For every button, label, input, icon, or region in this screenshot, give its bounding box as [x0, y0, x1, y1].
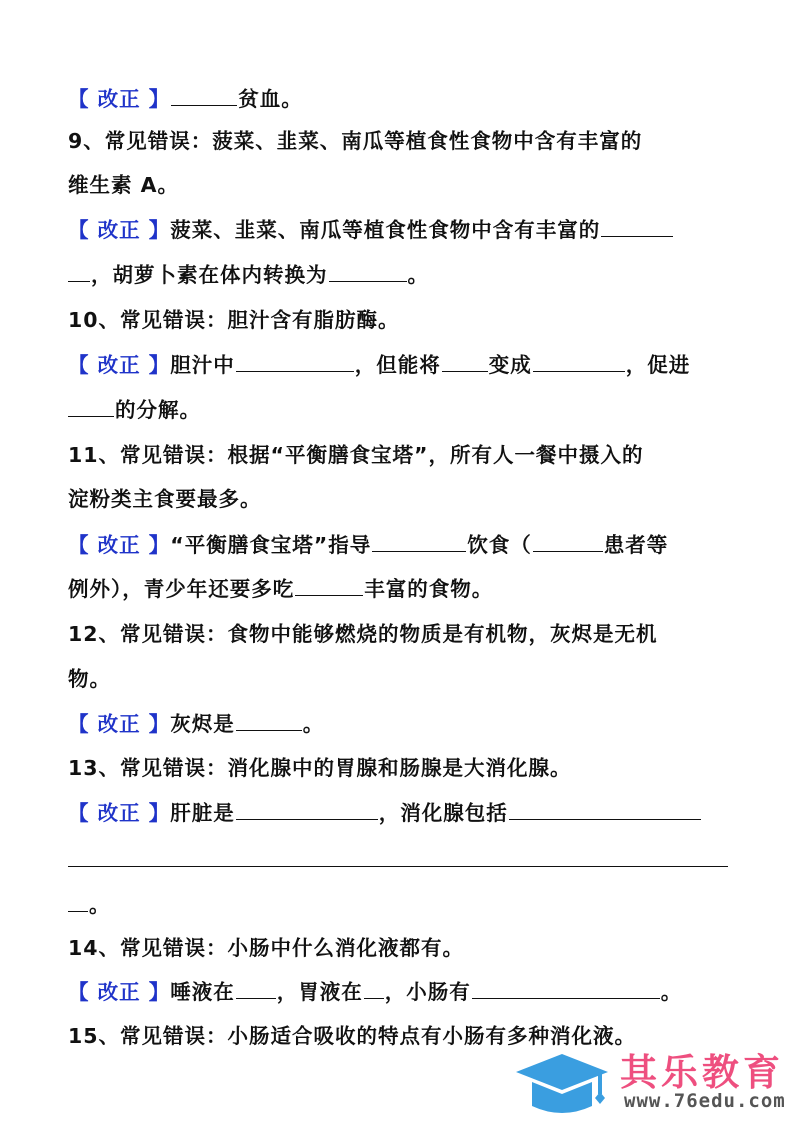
answer-blank[interactable] [68, 396, 114, 417]
answer-blank[interactable] [372, 531, 466, 552]
answer-blank[interactable] [533, 351, 625, 372]
correction-tag: 【 改正 】 [68, 218, 170, 242]
text: ，胃液在 [277, 980, 363, 1004]
watermark-logo: 其乐教育 www.76edu.com [512, 1042, 787, 1118]
correction-10-cont: 的分解。 [68, 395, 201, 425]
answer-blank[interactable] [68, 261, 90, 282]
text: 患者等 [604, 533, 669, 557]
text: ，消化腺包括 [379, 801, 508, 825]
correction-tag: 【 改正 】 [68, 980, 170, 1004]
answer-blank[interactable] [295, 575, 363, 596]
question-11: 11、常见错误：根据“平衡膳食宝塔”，所有人一餐中摄入的 [68, 440, 643, 470]
answer-blank[interactable] [236, 351, 354, 372]
answer-blank[interactable] [329, 261, 407, 282]
text: 。 [303, 712, 325, 736]
answer-blank[interactable] [236, 710, 302, 731]
correction-11: 【 改正 】“平衡膳食宝塔”指导饮食（患者等 [68, 530, 668, 560]
text: 胆汁中 [170, 353, 235, 377]
answer-blank[interactable] [68, 891, 88, 912]
correction-12: 【 改正 】灰烬是。 [68, 709, 324, 739]
answer-blank[interactable] [533, 531, 603, 552]
question-11-cont: 淀粉类主食要最多。 [68, 484, 262, 514]
question-12-cont: 物。 [68, 664, 111, 694]
text: 。 [661, 980, 683, 1004]
text: 菠菜、韭菜、南瓜等植食性食物中含有丰富的 [170, 218, 600, 242]
text: 饮食（ [467, 533, 532, 557]
question-12: 12、常见错误：食物中能够燃烧的物质是有机物，灰烬是无机 [68, 619, 658, 649]
text: 变成 [489, 353, 532, 377]
text: 贫血。 [238, 87, 303, 111]
correction-tag: 【 改正 】 [68, 712, 170, 736]
text: ，小肠有 [385, 980, 471, 1004]
text: 灰烬是 [170, 712, 235, 736]
text: “平衡膳食宝塔”指导 [170, 533, 371, 557]
answer-blank[interactable] [601, 216, 673, 237]
text: ，促进 [626, 353, 691, 377]
text: 肝脏是 [170, 801, 235, 825]
question-9-cont: 维生素 A。 [68, 170, 179, 200]
brand-title: 其乐教育 [620, 1042, 784, 1096]
answer-blank[interactable] [236, 978, 276, 999]
question-13: 13、常见错误：消化腺中的胃腺和肠腺是大消化腺。 [68, 753, 572, 783]
brand-url: www.76edu.com [624, 1090, 786, 1112]
correction-9: 【 改正 】菠菜、韭菜、南瓜等植食性食物中含有丰富的 [68, 215, 674, 245]
text: ，胡萝卜素在体内转换为 [91, 263, 328, 287]
answer-blank[interactable] [509, 799, 701, 820]
correction-14: 【 改正 】唾液在，胃液在，小肠有。 [68, 977, 682, 1007]
text: 唾液在 [170, 980, 235, 1004]
text: 的分解。 [115, 398, 201, 422]
correction-13-cont: 。 [68, 890, 111, 920]
answer-blank[interactable] [236, 799, 378, 820]
graduation-cap-icon [512, 1050, 612, 1116]
correction-10: 【 改正 】胆汁中，但能将变成，促进 [68, 350, 690, 380]
correction-13: 【 改正 】肝脏是，消化腺包括 [68, 798, 702, 828]
answer-blank[interactable] [364, 978, 384, 999]
correction-tag: 【 改正 】 [68, 801, 170, 825]
correction-11-cont: 例外），青少年还要多吃丰富的食物。 [68, 574, 493, 604]
answer-blank[interactable] [171, 85, 237, 106]
correction-tag: 【 改正 】 [68, 87, 170, 111]
correction-9-cont: ，胡萝卜素在体内转换为。 [68, 260, 429, 290]
question-10: 10、常见错误：胆汁含有脂肪酶。 [68, 305, 400, 335]
correction-tag: 【 改正 】 [68, 533, 170, 557]
text: 丰富的食物。 [364, 577, 493, 601]
correction-line: 【 改正 】贫血。 [68, 84, 303, 114]
text: 例外），青少年还要多吃 [68, 577, 294, 601]
answer-blank[interactable] [442, 351, 488, 372]
text: ，但能将 [355, 353, 441, 377]
text: 。 [408, 263, 430, 287]
answer-blank-full-line[interactable] [68, 866, 728, 867]
correction-tag: 【 改正 】 [68, 353, 170, 377]
question-9: 9、常见错误：菠菜、韭菜、南瓜等植食性食物中含有丰富的 [68, 126, 642, 156]
question-14: 14、常见错误：小肠中什么消化液都有。 [68, 933, 464, 963]
answer-blank[interactable] [472, 978, 660, 999]
text: 。 [89, 893, 111, 917]
